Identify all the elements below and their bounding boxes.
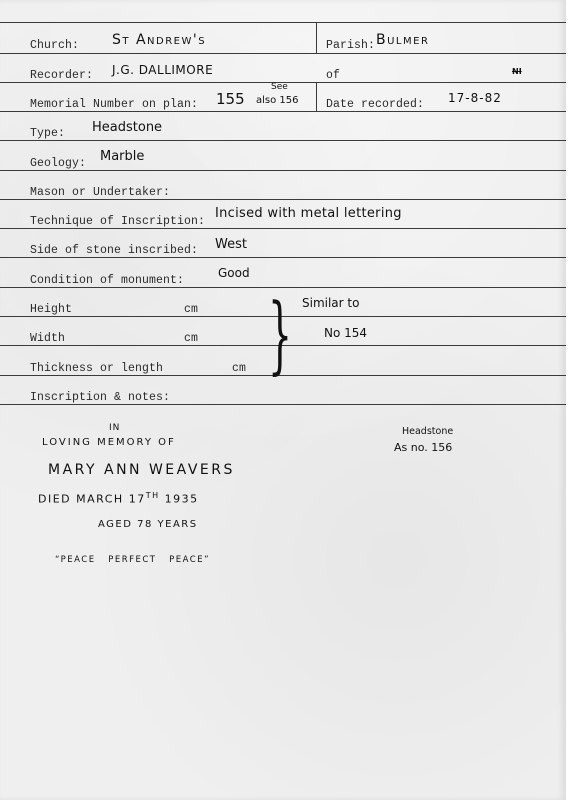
type-value: Headstone <box>92 120 162 135</box>
dimensions-note-line1: Similar to <box>302 296 359 310</box>
mason-label: Mason or Undertaker: <box>30 186 170 199</box>
rule <box>0 22 566 23</box>
memorial-number-value: 155 <box>216 90 245 108</box>
dimensions-note-line2: No 154 <box>324 326 367 340</box>
rule <box>0 257 566 258</box>
width-label: Width <box>30 332 65 345</box>
side-inscribed-label: Side of stone inscribed: <box>30 244 198 257</box>
memorial-also-note: also 156 <box>256 95 299 106</box>
geology-label: Geology: <box>30 157 86 170</box>
date-recorded-value: 17-8-82 <box>448 91 502 105</box>
rule <box>0 199 566 200</box>
inscription-line-1: IN <box>109 423 120 433</box>
rule <box>0 170 566 171</box>
technique-value: Incised with metal lettering <box>215 206 402 221</box>
column-divider <box>316 22 317 53</box>
rule <box>0 53 566 54</box>
condition-value: Good <box>218 266 250 280</box>
geology-value: Marble <box>100 149 144 164</box>
height-label: Height <box>30 303 72 316</box>
inscription-label: Inscription & notes: <box>30 391 170 404</box>
memorial-number-label: Memorial Number on plan: <box>30 98 198 111</box>
thickness-label: Thickness or length <box>30 362 163 375</box>
inscription-line-5: AGED 78 YEARS <box>98 519 198 530</box>
date-recorded-label: Date recorded: <box>326 98 424 111</box>
width-unit: cm <box>184 332 198 345</box>
side-note-line2: As no. 156 <box>394 441 452 454</box>
recorder-label: Recorder: <box>30 69 93 82</box>
parish-label: Parish: <box>326 39 375 52</box>
parish-value: Bulmer <box>376 32 429 48</box>
column-divider <box>316 82 317 111</box>
inscription-line-3: MARY ANN WEAVERS <box>48 462 235 478</box>
rule <box>0 404 566 405</box>
type-label: Type: <box>30 127 65 140</box>
of-value-struck: NI <box>512 67 522 76</box>
record-card: Church: St Andrew's Parish: Bulmer Recor… <box>0 0 566 800</box>
condition-label: Condition of monument: <box>30 274 184 287</box>
church-value: St Andrew's <box>112 32 206 48</box>
rule <box>0 140 566 141</box>
side-inscribed-value: West <box>215 237 247 252</box>
of-label: of <box>326 69 340 82</box>
inscription-line-2: LOVING MEMORY OF <box>42 437 176 448</box>
rule <box>0 111 566 112</box>
church-label: Church: <box>30 39 79 52</box>
brace-icon: } <box>268 292 292 376</box>
technique-label: Technique of Inscription: <box>30 215 205 228</box>
inscription-line-6: “PEACE PERFECT PEACE” <box>55 555 210 565</box>
height-unit: cm <box>184 303 198 316</box>
side-note-line1: Headstone <box>402 426 453 437</box>
inscription-line-4: DIED MARCH 17TH 1935 <box>38 491 199 506</box>
rule <box>0 228 566 229</box>
thickness-unit: cm <box>232 362 246 375</box>
recorder-value: J.G. DALLIMORE <box>112 63 213 77</box>
memorial-see-note: See <box>271 82 288 92</box>
